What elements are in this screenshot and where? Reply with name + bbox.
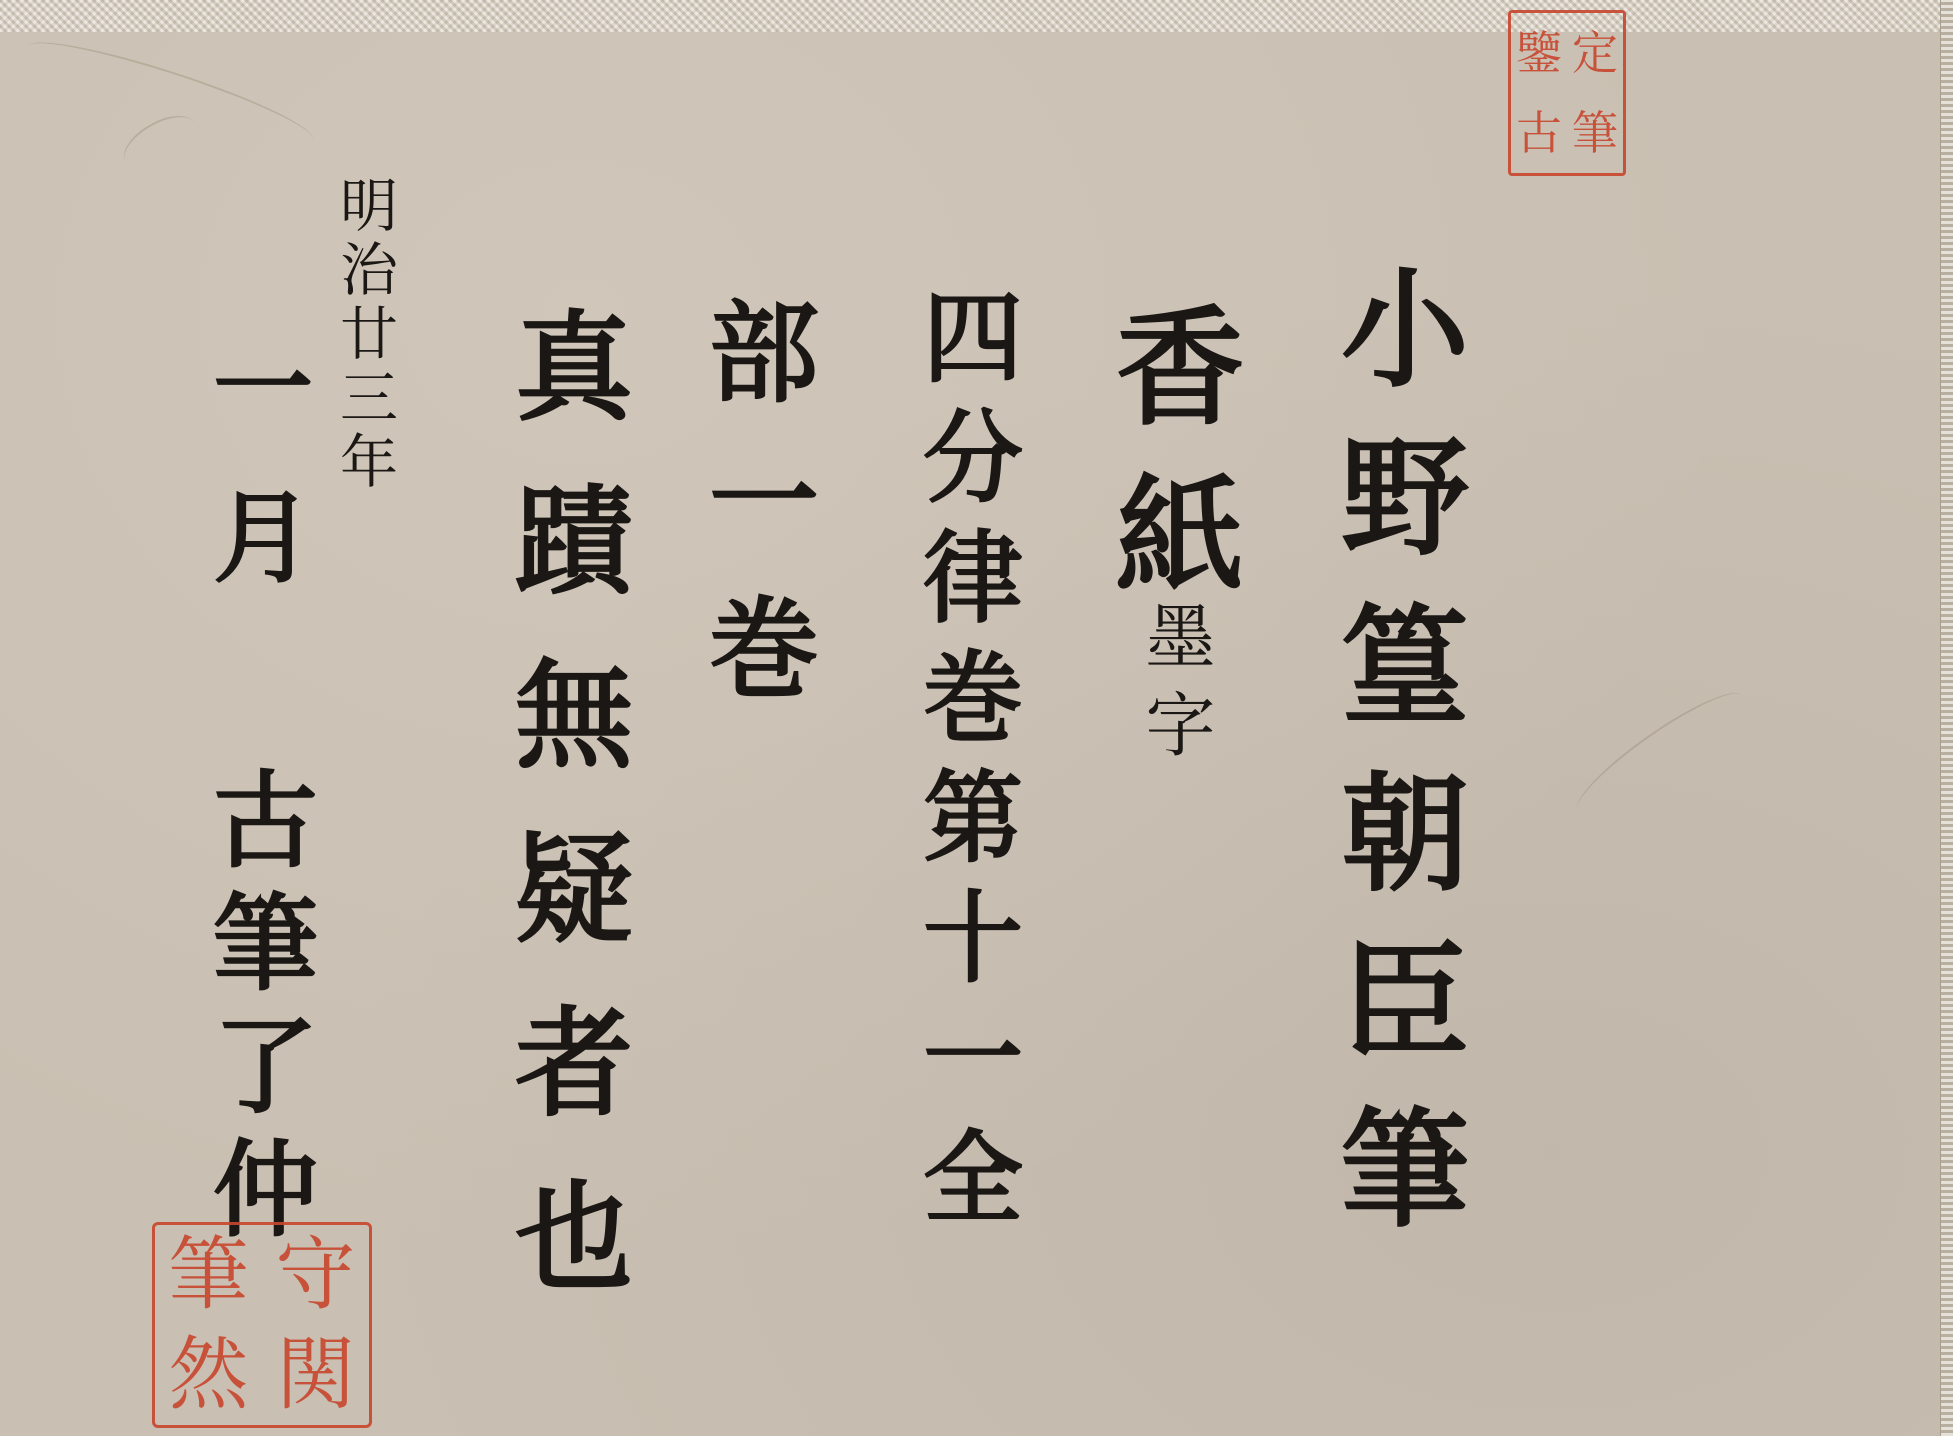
seal-glyph: 筆 (155, 1225, 262, 1325)
seal-glyph: 守 (262, 1225, 369, 1325)
text-column-ink: 墨字 (1140, 600, 1210, 776)
signature: 古筆了仲 (205, 765, 310, 1257)
seal-glyph: 鑒 (1511, 13, 1567, 93)
paper-crease (1566, 678, 1754, 827)
seal-glyph: 古 (1511, 93, 1567, 173)
seal-glyph: 定 (1567, 13, 1623, 93)
text-column-paper: 香紙 (1105, 300, 1233, 636)
seal-bottom-left: 筆 守 然 関 (152, 1222, 372, 1428)
text-column-authentication: 真蹟無疑者也 (505, 305, 623, 1349)
seal-glyph: 関 (262, 1325, 369, 1425)
text-column-date-year: 明治廿三年 (335, 175, 393, 495)
text-column-date-month: 一月 (205, 335, 305, 635)
brocade-border-top (0, 0, 1953, 33)
text-column-attribution: 小野篁朝臣筆 (1330, 262, 1458, 1270)
text-column-volume: 部一巻 (700, 295, 810, 739)
seal-top-right: 鑒 定 古 筆 (1508, 10, 1626, 176)
seal-glyph: 然 (155, 1325, 262, 1425)
seal-glyph: 筆 (1567, 93, 1623, 173)
brocade-border-right (1940, 0, 1953, 1436)
text-column-title: 四分律巻第十一全 (915, 285, 1015, 1245)
